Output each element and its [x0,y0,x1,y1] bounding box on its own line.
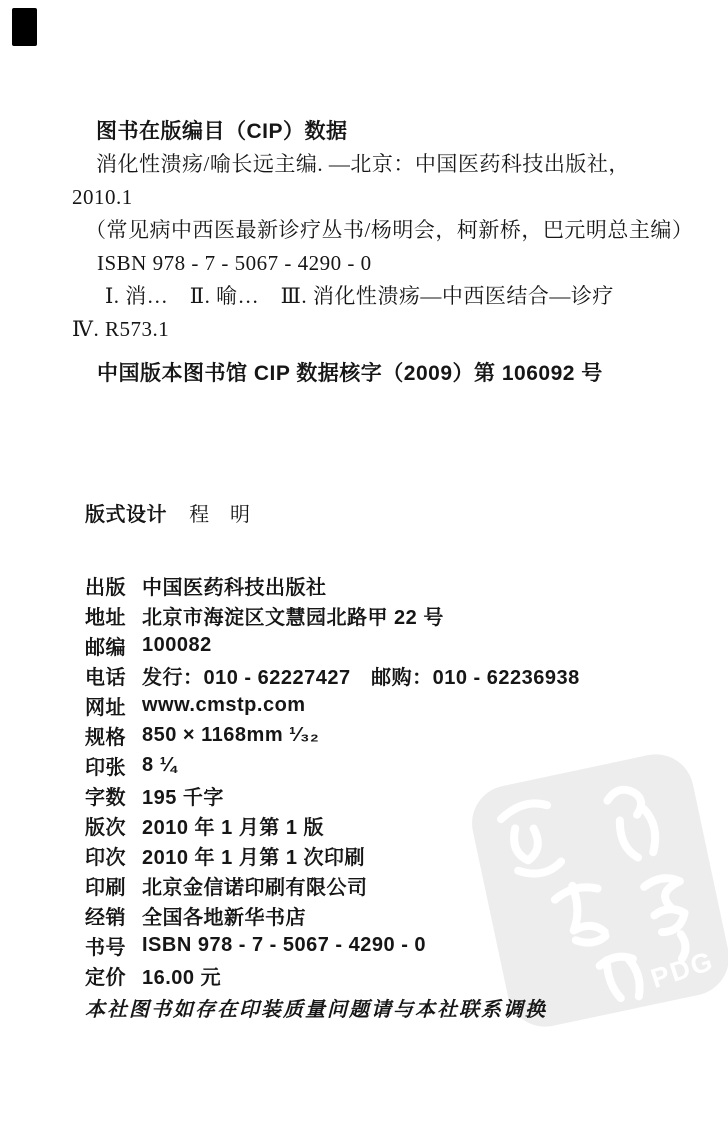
colophon-value: 发行：010 - 62227427 邮购：010 - 62236938 [142,661,580,690]
colophon-label: 版次 [85,811,129,840]
colophon-value: 2010 年 1 月第 1 版 [142,811,324,840]
colophon-row: 电话发行：010 - 62227427 邮购：010 - 62236938 [85,660,645,690]
design-credit-row: 版式设计 程 明 [85,503,251,527]
colophon-label: 规格 [85,721,129,750]
colophon-row: 经销全国各地新华书店 [85,900,645,930]
colophon-label: 电话 [85,661,129,690]
colophon-value: 195 千字 [142,781,224,810]
colophon-row: 字数195 千字 [85,780,645,810]
colophon-value: 8 ¼ [142,754,177,777]
cip-classification-line: Ⅰ. 消… Ⅱ. 喻… Ⅲ. 消化性溃疡—中西医结合—诊疗 [72,280,672,313]
colophon-row: 印刷北京金信诺印刷有限公司 [85,870,645,900]
cip-isbn-line: ISBN 978 - 7 - 5067 - 4290 - 0 [72,247,672,280]
colophon-row: 邮编100082 [85,630,645,660]
book-copyright-page: PDG 图书在版编目（CIP）数据 消化性溃疡/喻长远主编. —北京：中国医药科… [0,0,728,1122]
colophon-value: ISBN 978 - 7 - 5067 - 4290 - 0 [142,934,426,957]
cip-classification-line2: Ⅳ. R573.1 [72,313,672,346]
colophon-row: 地址北京市海淀区文慧园北路甲 22 号 [85,600,645,630]
colophon-row: 印次2010 年 1 月第 1 次印刷 [85,840,645,870]
colophon-value: 850 × 1168mm ¹⁄₃₂ [142,724,319,747]
corner-scan-mark [12,8,37,46]
colophon-row: 规格850 × 1168mm ¹⁄₃₂ [85,720,645,750]
colophon-rows: 出版中国医药科技出版社地址北京市海淀区文慧园北路甲 22 号邮编100082电话… [85,570,645,990]
design-credit-label: 版式设计 [85,504,167,526]
colophon-value: www.cmstp.com [142,694,306,717]
colophon-label: 出版 [85,571,129,600]
cip-record-line: 中国版本图书馆 CIP 数据核字（2009）第 106092 号 [72,357,672,390]
colophon-label: 印次 [85,841,129,870]
colophon-value: 北京金信诺印刷有限公司 [142,871,368,900]
colophon-label: 邮编 [85,631,129,660]
colophon-label: 经销 [85,901,129,930]
colophon-value: 100082 [142,634,212,657]
colophon-label: 地址 [85,601,129,630]
colophon-value: 全国各地新华书店 [142,901,306,930]
colophon-label: 印张 [85,751,129,780]
cip-series-line: （常见病中西医最新诊疗丛书/杨明会，柯新桥，巴元明总主编） [72,214,672,247]
quality-note: 本社图书如存在印装质量问题请与本社联系调换 [85,993,547,1022]
colophon-value: 中国医药科技出版社 [142,571,327,600]
colophon-label: 网址 [85,691,129,720]
design-credit-value: 程 明 [189,504,251,526]
cip-year-line: 2010.1 [72,181,672,214]
cip-title-line: 消化性溃疡/喻长远主编. —北京：中国医药科技出版社， [72,148,672,181]
colophon-row: 出版中国医药科技出版社 [85,570,645,600]
colophon-row: 版次2010 年 1 月第 1 版 [85,810,645,840]
colophon-row: 网址www.cmstp.com [85,690,645,720]
colophon-label: 印刷 [85,871,129,900]
colophon-value: 16.00 元 [142,961,221,990]
colophon-label: 字数 [85,781,129,810]
colophon-label: 定价 [85,961,129,990]
colophon-value: 北京市海淀区文慧园北路甲 22 号 [142,601,444,630]
colophon-row: 书号ISBN 978 - 7 - 5067 - 4290 - 0 [85,930,645,960]
colophon-row: 印张8 ¼ [85,750,645,780]
colophon-value: 2010 年 1 月第 1 次印刷 [142,841,365,870]
colophon-row: 定价16.00 元 [85,960,645,990]
cip-heading: 图书在版编目（CIP）数据 [72,115,672,148]
colophon-label: 书号 [85,931,129,960]
cip-block: 图书在版编目（CIP）数据 消化性溃疡/喻长远主编. —北京：中国医药科技出版社… [72,115,672,390]
